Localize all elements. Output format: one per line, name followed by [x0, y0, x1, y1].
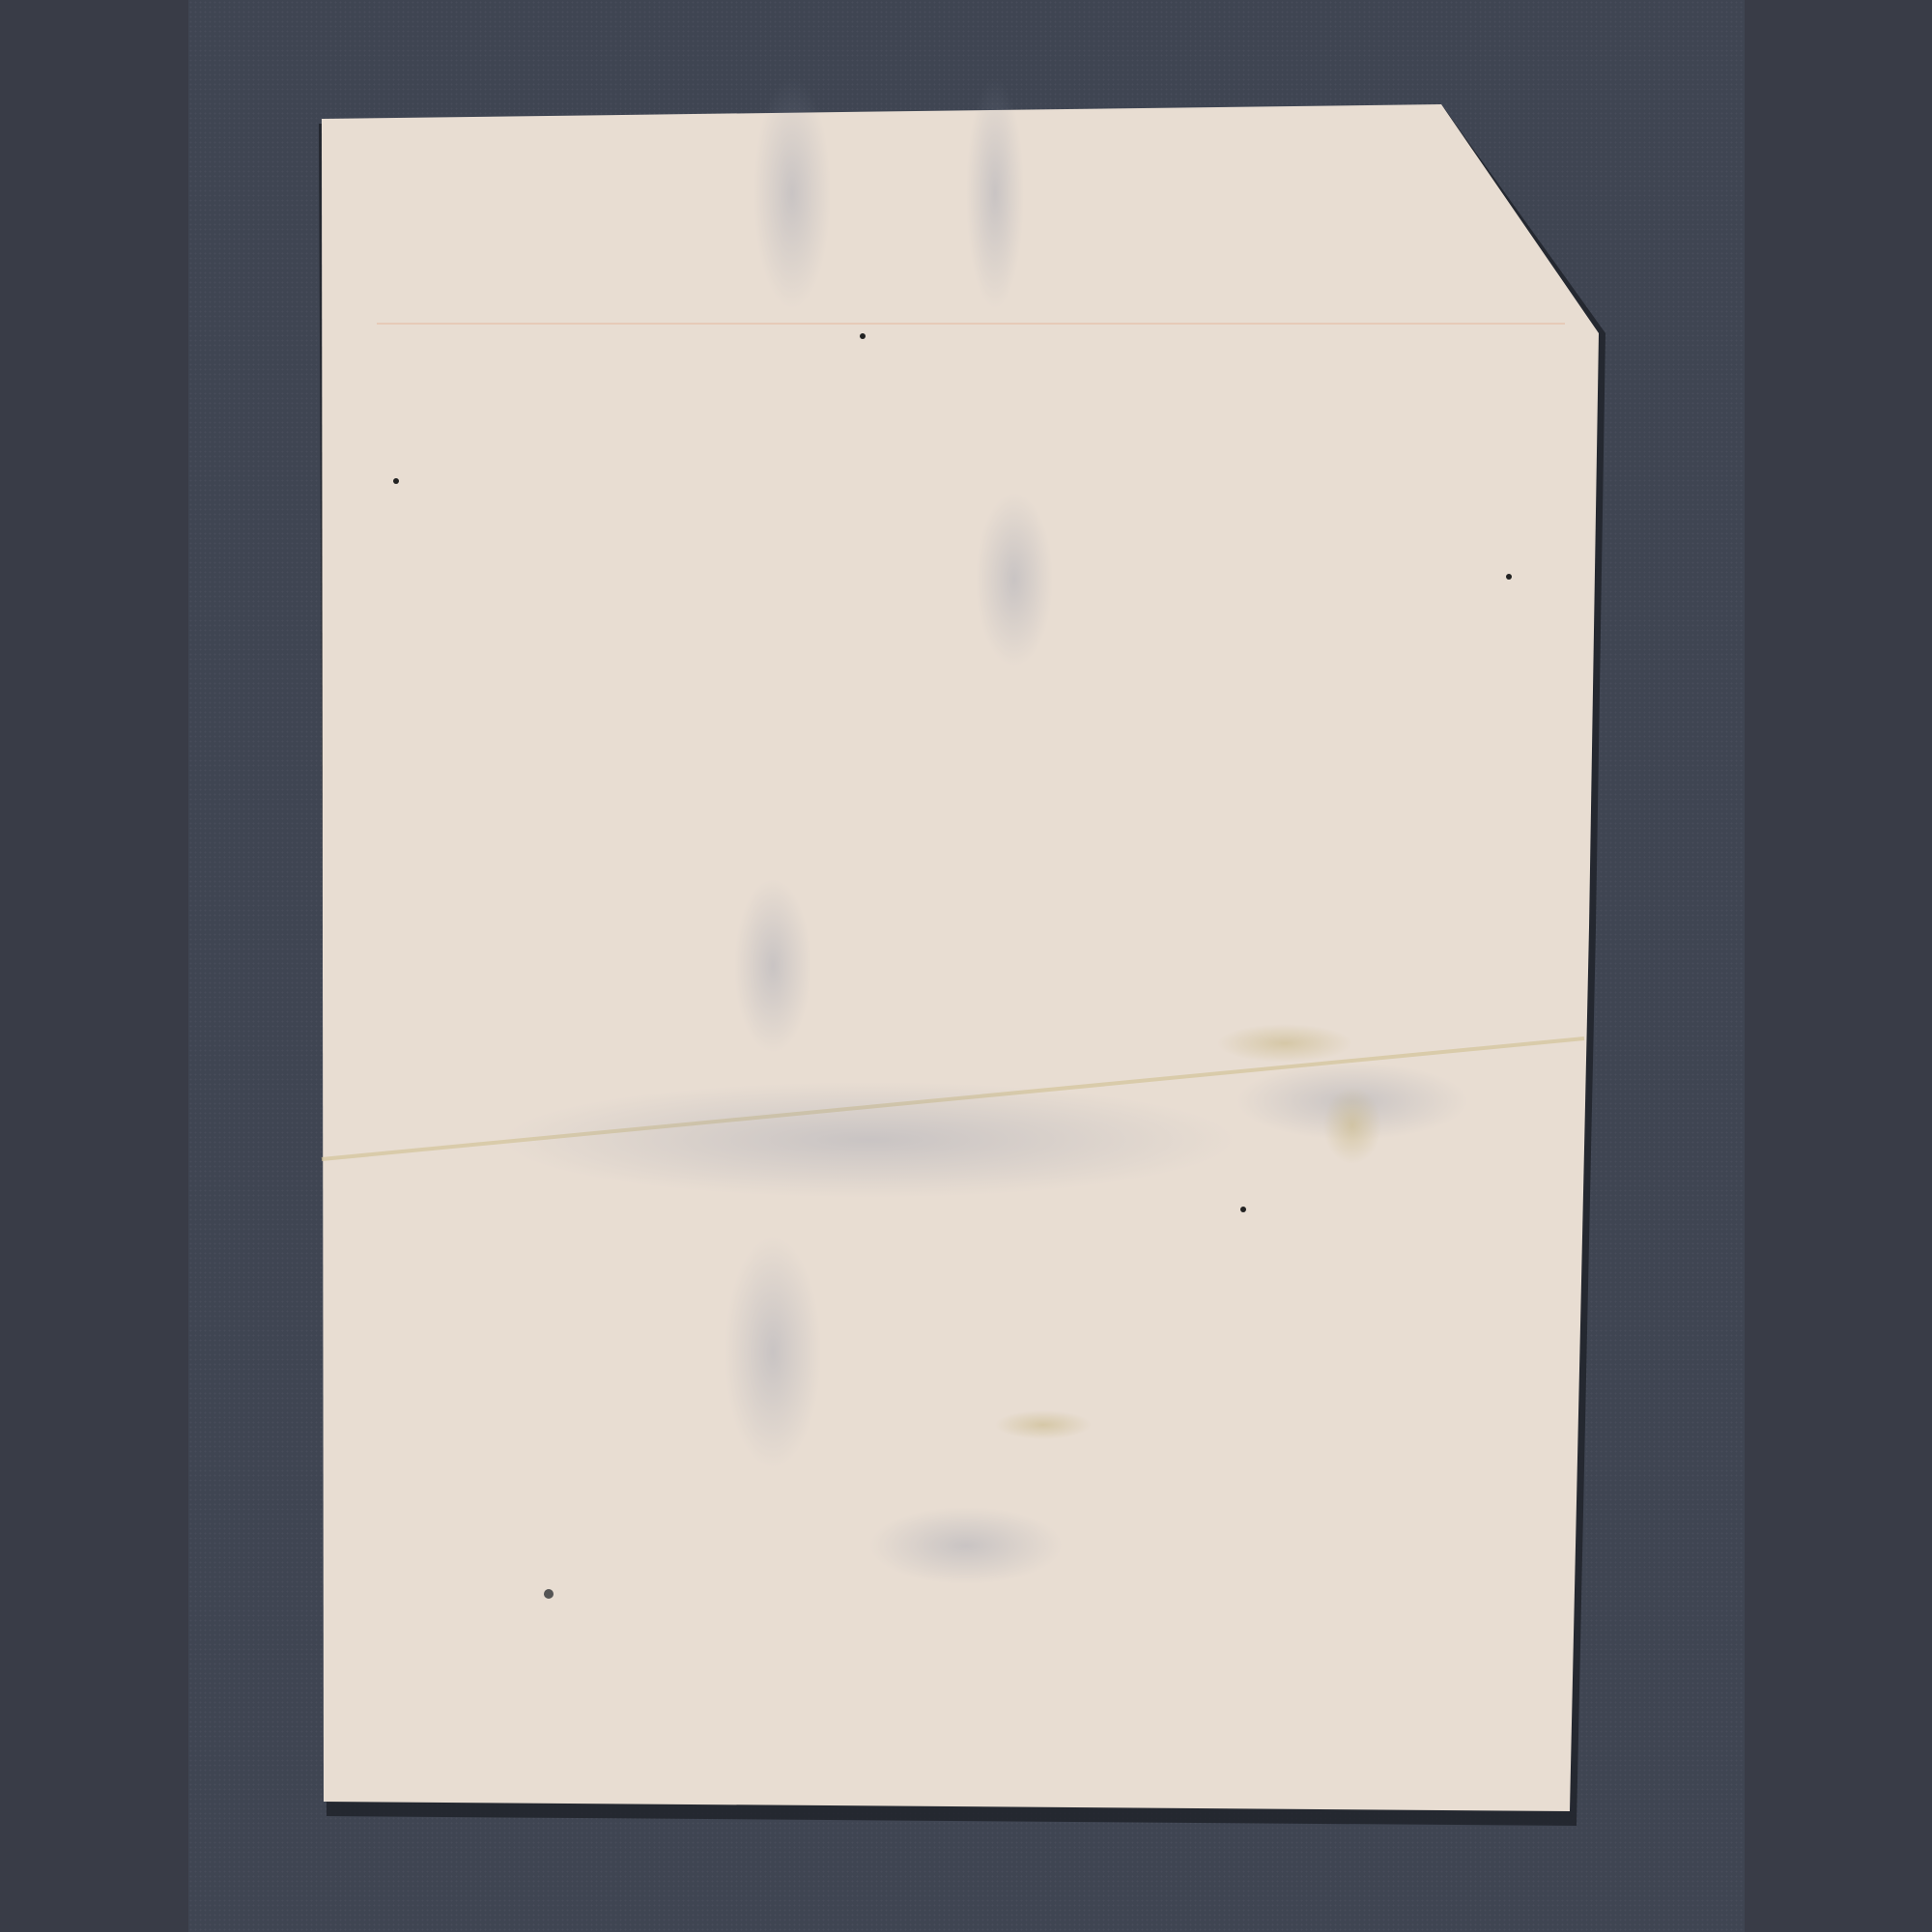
paper-fragment — [0, 0, 1932, 1932]
